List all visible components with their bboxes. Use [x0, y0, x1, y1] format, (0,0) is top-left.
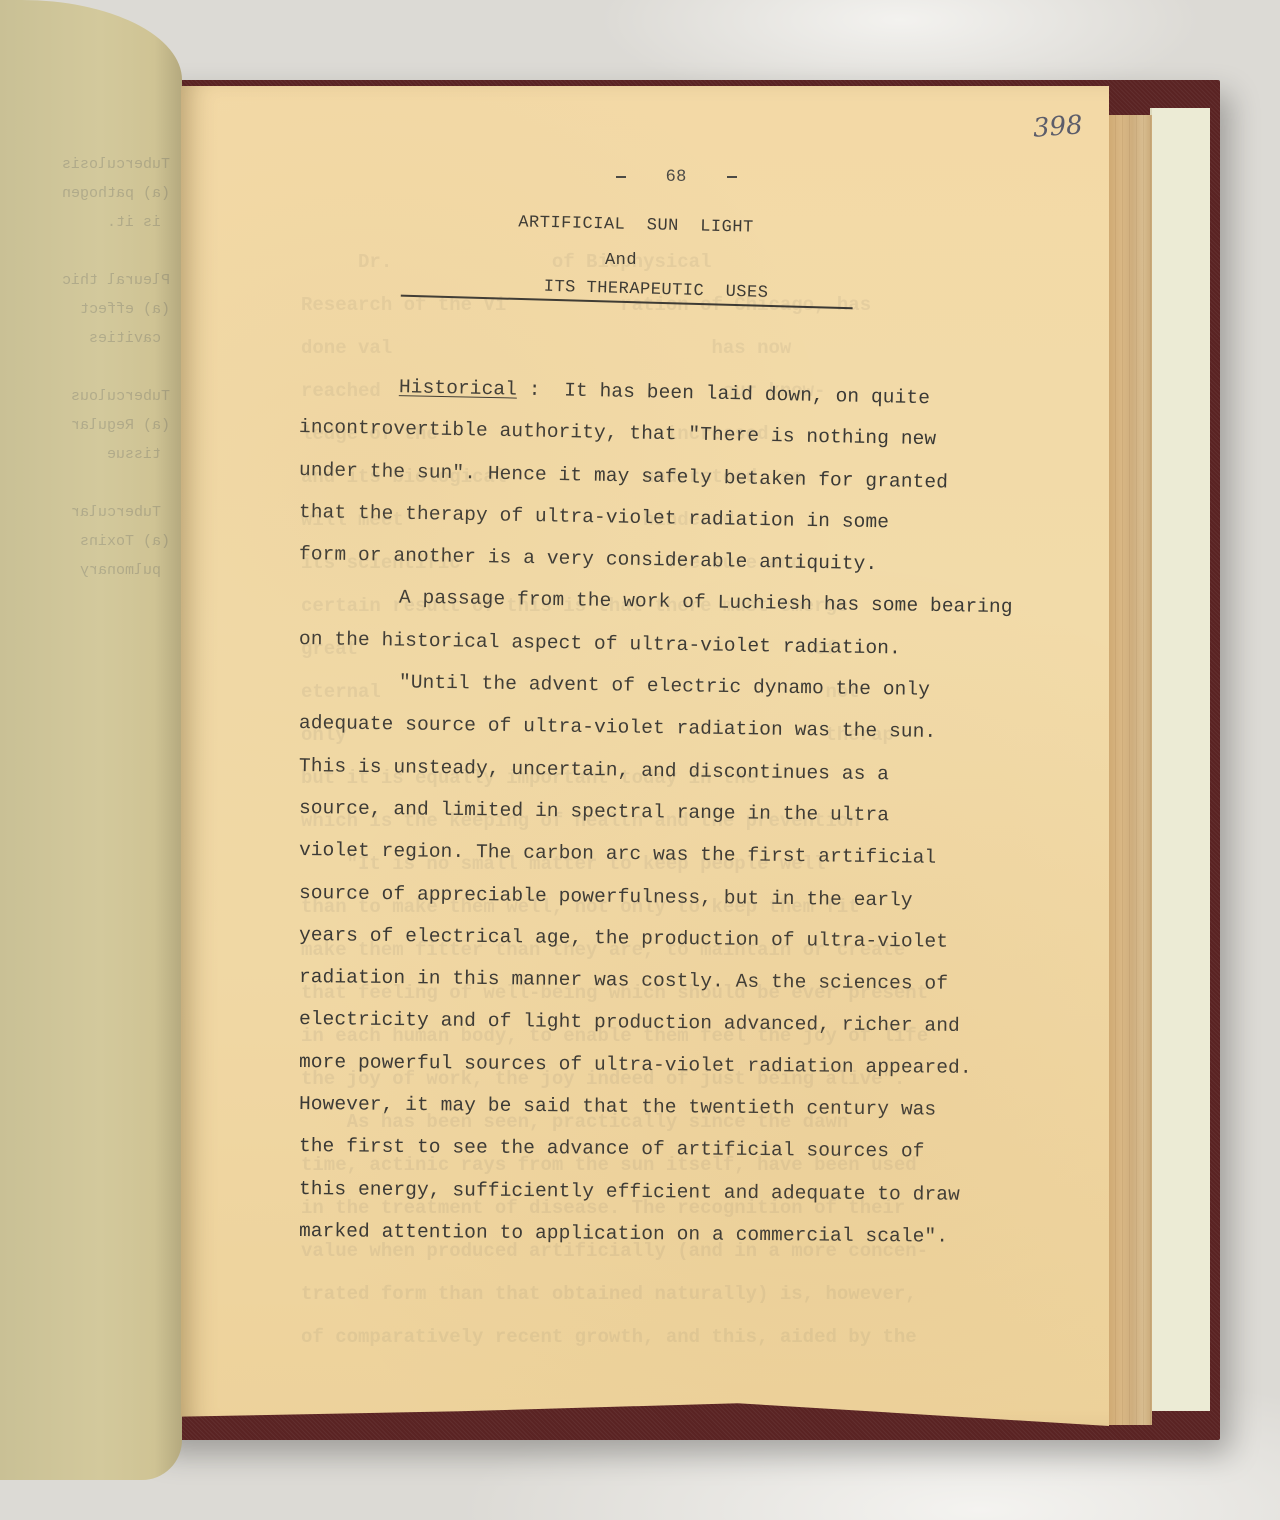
left-curled-page: Tuberculosis (a) pathogen is it. Pleural…	[0, 0, 182, 1480]
page-number-dash-right	[727, 176, 737, 178]
title-line-1: ARTIFICIAL SUN LIGHT	[441, 212, 831, 240]
quote-line: the first to see the advance of artifici…	[299, 1125, 1059, 1174]
page-stack-edge	[1108, 115, 1152, 1425]
section-label-historical: Historical	[399, 376, 517, 400]
document-page: Dr. of Biophysical Research of the Vi ra…	[181, 86, 1109, 1426]
quote-line: marked attention to application on a com…	[299, 1210, 1059, 1259]
page-number-value: 68	[666, 166, 687, 185]
left-page-bleed-through: Tuberculosis (a) pathogen is it. Pleural…	[0, 150, 170, 585]
page-number-dash-left	[616, 176, 626, 178]
body-text: Historical : It has been laid down, on q…	[299, 364, 1059, 1252]
title-line-2: And	[411, 251, 831, 270]
handwritten-folio-number: 398	[1032, 110, 1084, 143]
quote-line: this energy, sufficiently efficient and …	[299, 1168, 1059, 1217]
quote-line: more powerful sources of ultra-violet ra…	[299, 1041, 1059, 1090]
endpaper	[1150, 108, 1210, 1411]
page-number: 68	[576, 166, 777, 186]
title-block: ARTIFICIAL SUN LIGHT And ITS THERAPEUTIC…	[411, 216, 831, 303]
quote-line: However, it may be said that the twentie…	[299, 1083, 1059, 1132]
section-label-separator: :	[517, 379, 565, 402]
